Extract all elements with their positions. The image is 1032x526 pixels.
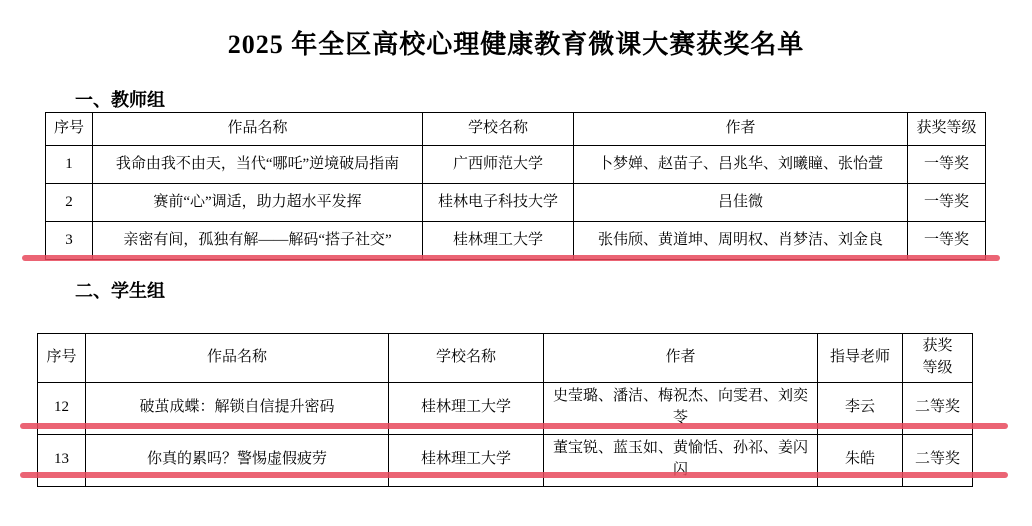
- column-header-school: 学校名称: [389, 334, 544, 383]
- work-title-cell: 我命由我不由天，当代“哪吒”逆境破局指南: [93, 146, 423, 184]
- red-underline-annotation: [20, 472, 1008, 478]
- column-header-authors: 作者: [574, 113, 908, 146]
- document-page: 2025 年全区高校心理健康教育微课大赛获奖名单 一、教师组 序号 作品名称 学…: [0, 0, 1032, 526]
- school-cell: 广西师范大学: [423, 146, 574, 184]
- column-header-award: 获奖 等级: [903, 334, 973, 383]
- table-row: 3 亲密有间，孤独有解——解码“搭子社交” 桂林理工大学 张伟颀、黄道坤、周明权…: [46, 222, 986, 260]
- teacher-table-header-row: 序号 作品名称 学校名称 作者 获奖等级: [46, 113, 986, 146]
- red-underline-annotation: [22, 255, 1000, 261]
- column-header-work: 作品名称: [93, 113, 423, 146]
- row-number-cell: 13: [38, 434, 86, 486]
- work-title-cell: 赛前“心”调适，助力超水平发挥: [93, 184, 423, 222]
- column-header-work: 作品名称: [86, 334, 389, 383]
- column-header-school: 学校名称: [423, 113, 574, 146]
- table-row: 13 你真的累吗？警惕虚假疲劳 桂林理工大学 董宝锐、蓝玉如、黄愉恬、孙祁、姜闪…: [38, 434, 973, 486]
- authors-cell: 卜梦婵、赵苗子、吕兆华、刘曦瞳、张怡萱: [574, 146, 908, 184]
- row-number-cell: 1: [46, 146, 93, 184]
- table-row: 2 赛前“心”调适，助力超水平发挥 桂林电子科技大学 吕佳微 一等奖: [46, 184, 986, 222]
- student-award-table: 序号 作品名称 学校名称 作者 指导老师 获奖 等级 12 破茧成蝶：解锁自信提…: [37, 333, 973, 487]
- award-cell: 一等奖: [908, 222, 986, 260]
- column-header-no: 序号: [46, 113, 93, 146]
- table-row: 1 我命由我不由天，当代“哪吒”逆境破局指南 广西师范大学 卜梦婵、赵苗子、吕兆…: [46, 146, 986, 184]
- column-header-no: 序号: [38, 334, 86, 383]
- school-cell: 桂林理工大学: [389, 434, 544, 486]
- award-cell: 一等奖: [908, 184, 986, 222]
- school-cell: 桂林理工大学: [423, 222, 574, 260]
- authors-cell: 吕佳微: [574, 184, 908, 222]
- work-title-cell: 你真的累吗？警惕虚假疲劳: [86, 434, 389, 486]
- section-heading-students: 二、学生组: [75, 277, 165, 303]
- authors-cell: 张伟颀、黄道坤、周明权、肖梦洁、刘金良: [574, 222, 908, 260]
- section-heading-teachers: 一、教师组: [75, 86, 165, 112]
- column-header-authors: 作者: [544, 334, 818, 383]
- award-cell: 一等奖: [908, 146, 986, 184]
- column-header-advisor: 指导老师: [818, 334, 903, 383]
- teacher-award-table: 序号 作品名称 学校名称 作者 获奖等级 1 我命由我不由天，当代“哪吒”逆境破…: [45, 112, 986, 260]
- row-number-cell: 3: [46, 222, 93, 260]
- row-number-cell: 2: [46, 184, 93, 222]
- authors-cell: 董宝锐、蓝玉如、黄愉恬、孙祁、姜闪闪: [544, 434, 818, 486]
- award-cell: 二等奖: [903, 434, 973, 486]
- page-title: 2025 年全区高校心理健康教育微课大赛获奖名单: [0, 24, 1032, 61]
- work-title-cell: 亲密有间，孤独有解——解码“搭子社交”: [93, 222, 423, 260]
- column-header-award: 获奖等级: [908, 113, 986, 146]
- red-underline-annotation: [20, 423, 1008, 429]
- student-table-header-row: 序号 作品名称 学校名称 作者 指导老师 获奖 等级: [38, 334, 973, 383]
- advisor-cell: 朱皓: [818, 434, 903, 486]
- school-cell: 桂林电子科技大学: [423, 184, 574, 222]
